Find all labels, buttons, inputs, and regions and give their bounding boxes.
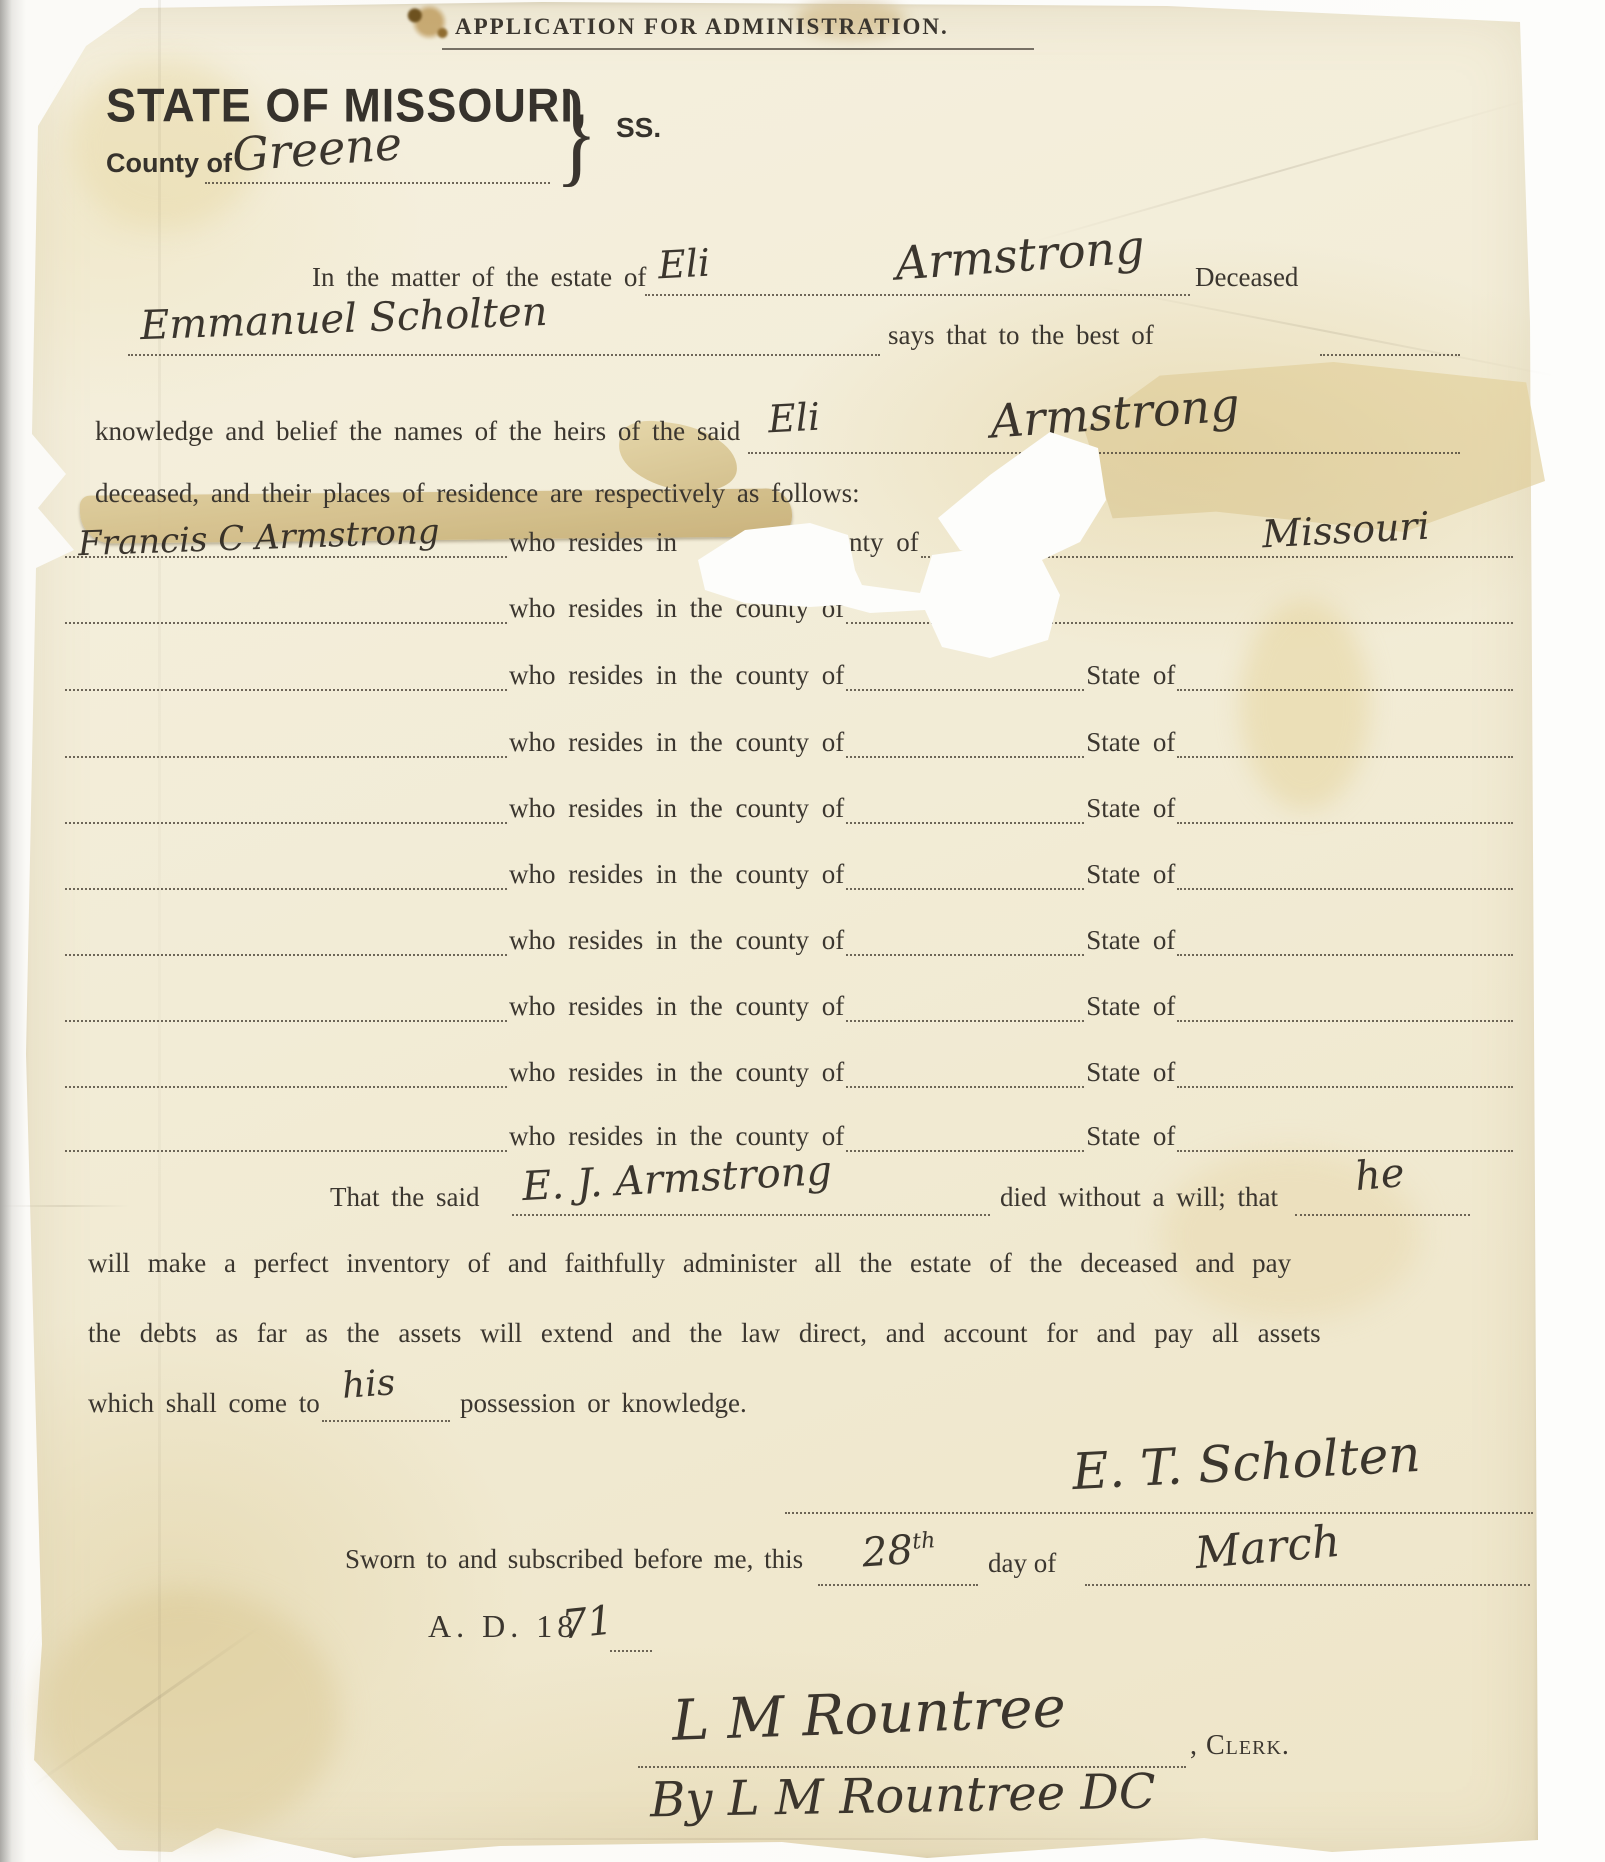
heirs-intro-line1: knowledge and belief the names of the he… — [95, 416, 740, 447]
state-label: State of — [1086, 660, 1175, 691]
heir-row: who resides in the county of State of — [65, 986, 1513, 1022]
paragraph-line1: will make a perfect inventory of and fai… — [88, 1248, 1291, 1279]
row-label: who resides in the county of — [509, 727, 844, 758]
paragraph-line3-post: possession or knowledge. — [460, 1388, 747, 1419]
state-label: State of — [1086, 1121, 1175, 1152]
clerk-label: , Clerk. — [1190, 1730, 1290, 1762]
deputy-clerk-handwriting: By L M Rountree DC — [650, 1764, 1156, 1829]
state-label: State of — [1086, 991, 1175, 1022]
dotted-line — [1177, 1144, 1513, 1152]
sworn-line-mid: day of — [988, 1548, 1056, 1579]
dotted-line — [1177, 948, 1513, 956]
dotted-line — [846, 750, 1084, 758]
dotted-line — [1177, 683, 1513, 691]
ad-dotted-line — [610, 1644, 652, 1652]
dotted-line — [1177, 1080, 1513, 1088]
dotted-line — [65, 948, 507, 956]
row-label: who resides in the county of — [509, 1121, 844, 1152]
row-label: who resides in the county of — [509, 991, 844, 1022]
heir-row: who resides in the county of State of — [65, 1116, 1513, 1152]
dotted-line — [846, 683, 1084, 691]
sworn-month-dotted-line — [1085, 1578, 1530, 1586]
affiant-dotted-line — [128, 348, 880, 356]
ad-year-handwriting: 71 — [560, 1597, 615, 1648]
stain — [40, 1590, 340, 1840]
state-label: State of — [1086, 793, 1175, 824]
heir-state-handwriting: Missouri — [1261, 504, 1431, 557]
state-label: State of — [1086, 727, 1175, 758]
affiant-dotted-line-right — [1320, 348, 1460, 356]
heir-row: who resides in the county of State of — [65, 920, 1513, 956]
estate-line-pre: In the matter of the estate of — [312, 262, 646, 293]
ink-stain — [395, 0, 461, 44]
heirs-first-name-handwriting: Eli — [767, 395, 821, 442]
dotted-line — [1177, 816, 1513, 824]
county-label: County of — [106, 148, 232, 179]
title-underline — [442, 48, 1034, 50]
heir-row: who resides in the county of State of — [65, 854, 1513, 890]
will-line-mid: died without a will; that — [1000, 1182, 1278, 1213]
dotted-line — [846, 1144, 1084, 1152]
dotted-line — [65, 683, 507, 691]
deceased-label: Deceased — [1195, 262, 1298, 293]
row-label: who resides in the county of — [509, 660, 844, 691]
crease-line — [240, 1838, 1340, 1840]
row-mid-label: nty of — [849, 527, 919, 558]
dotted-line — [846, 816, 1084, 824]
stain — [1240, 600, 1370, 810]
heir-row: who resides in the county of State of — [65, 1052, 1513, 1088]
brace-glyph: } — [555, 64, 597, 200]
will-pronoun-handwriting: he — [1353, 1150, 1406, 1200]
crease-line — [0, 1205, 130, 1207]
sworn-day-dotted-line — [818, 1578, 978, 1586]
affiant-line-post: says that to the best of — [888, 320, 1154, 351]
clerk-signature-handwriting: L M Rountree — [671, 1675, 1067, 1754]
row-label: who resides in the county of — [509, 859, 844, 890]
ad-line-printed: A. D. 18 — [428, 1608, 578, 1645]
state-label: State of — [1086, 925, 1175, 956]
day-suffix: th — [911, 1528, 936, 1555]
heir-row: who resides in the county of State of — [65, 788, 1513, 824]
heirs-intro-line2: deceased, and their places of residence … — [95, 478, 860, 509]
estate-first-name-handwriting: Eli — [657, 241, 711, 288]
dotted-line — [1177, 750, 1513, 758]
dotted-line — [1177, 1014, 1513, 1022]
dotted-line — [65, 1014, 507, 1022]
dotted-line — [65, 1144, 507, 1152]
signature-dotted-line — [785, 1506, 1533, 1514]
row-label: who resides in the county of — [509, 793, 844, 824]
will-dotted-line — [512, 1208, 990, 1216]
state-label: State of — [1086, 859, 1175, 890]
heir-row: who resides in the county of State of — [65, 722, 1513, 758]
paragraph-line2: the debts as far as the assets will exte… — [88, 1318, 1321, 1349]
pronoun-dotted-line — [322, 1414, 450, 1422]
will-dotted-line-right — [1295, 1208, 1470, 1216]
sworn-day-handwriting: 28th — [860, 1525, 937, 1576]
dotted-line — [1177, 882, 1513, 890]
sworn-line-pre: Sworn to and subscribed before me, this — [345, 1544, 803, 1575]
row-label: who resides in the county of — [509, 1057, 844, 1088]
state-label: State of — [1086, 1057, 1175, 1088]
heirs-intro-dotted-line — [748, 446, 1460, 454]
will-line-pre: That the said — [330, 1182, 479, 1213]
dotted-line — [846, 882, 1084, 890]
dotted-line — [846, 1014, 1084, 1022]
form-title: APPLICATION FOR ADMINISTRATION. — [455, 14, 949, 40]
pronoun-handwriting: his — [341, 1362, 397, 1407]
ss-label: SS. — [616, 112, 661, 144]
dotted-line — [65, 882, 507, 890]
row-pre-label: who resides in — [509, 527, 677, 558]
scanned-document: APPLICATION FOR ADMINISTRATION. STATE OF… — [0, 0, 1605, 1862]
dotted-line — [65, 616, 507, 624]
dotted-line — [65, 750, 507, 758]
row-label: who resides in the county of — [509, 925, 844, 956]
dotted-line — [846, 1080, 1084, 1088]
dotted-line — [65, 1080, 507, 1088]
dotted-line — [846, 948, 1084, 956]
dotted-line — [65, 816, 507, 824]
heir-row: who resides in the county of State of — [65, 655, 1513, 691]
paragraph-line3-pre: which shall come to — [88, 1388, 320, 1419]
